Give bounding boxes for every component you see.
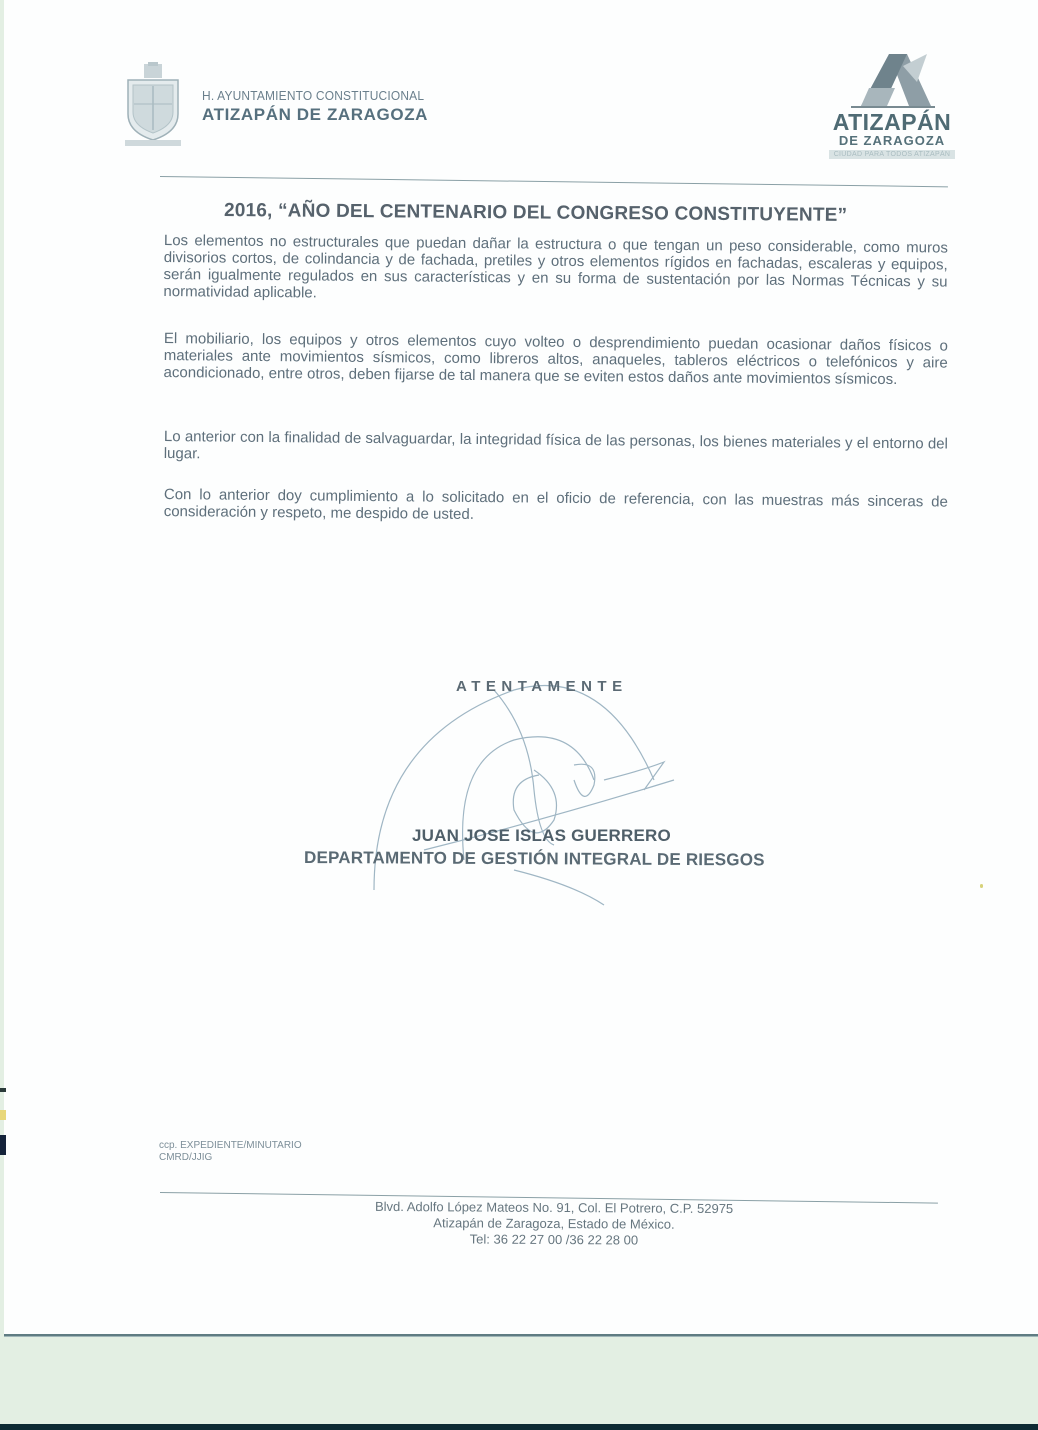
body-paragraph: Lo anterior con la finalidad de salvagua… — [164, 428, 948, 470]
body-paragraph: Los elementos no estructurales que pueda… — [163, 232, 948, 308]
institution-header: H. AYUNTAMIENTO CONSTITUCIONAL ATIZAPÁN … — [202, 88, 443, 125]
body-paragraph: El mobiliario, los equipos y otros eleme… — [164, 330, 948, 389]
scan-edge-mark — [0, 1110, 6, 1120]
closing-salutation: ATENTAMENTE — [456, 678, 628, 695]
scan-bottom-edge — [0, 1424, 1038, 1430]
body-paragraph: Con lo anterior doy cumplimiento a lo so… — [164, 486, 948, 528]
institution-line-1: H. AYUNTAMIENTO CONSTITUCIONAL — [202, 88, 424, 103]
footer-address: Blvd. Adolfo López Mateos No. 91, Col. E… — [304, 1198, 804, 1249]
carbon-copy-note: ccp. EXPEDIENTE/MINUTARIO CMRD/JJIG — [159, 1140, 302, 1164]
address-line-1: Blvd. Adolfo López Mateos No. 91, Col. E… — [304, 1198, 804, 1217]
logo-name-line-1: ATIZAPÁN — [822, 110, 962, 134]
ccp-line-2: CMRD/JJIG — [159, 1152, 302, 1164]
scan-speck — [980, 884, 983, 888]
header-divider — [160, 176, 948, 187]
handwritten-signature — [344, 670, 764, 910]
signer-department: DEPARTAMENTO DE GESTIÓN INTEGRAL DE RIES… — [304, 848, 765, 870]
document-page: H. AYUNTAMIENTO CONSTITUCIONAL ATIZAPÁN … — [4, 0, 1038, 1336]
coat-of-arms-icon — [122, 62, 184, 148]
mountain-logo-icon — [847, 52, 937, 110]
year-motto: 2016, “AÑO DEL CENTENARIO DEL CONGRESO C… — [224, 200, 924, 227]
logo-slogan: CIUDAD PARA TODOS ATIZAPÁN — [829, 150, 955, 159]
signer-name: JUAN JOSE ISLAS GUERRERO — [412, 826, 671, 846]
logo-name-line-2: DE ZARAGOZA — [822, 134, 962, 148]
phone-line: Tel: 36 22 27 00 /36 22 28 00 — [304, 1230, 804, 1249]
scan-edge-mark — [0, 1088, 6, 1092]
ccp-line-1: ccp. EXPEDIENTE/MINUTARIO — [159, 1140, 302, 1152]
municipality-logo: ATIZAPÁN DE ZARAGOZA CIUDAD PARA TODOS A… — [822, 52, 962, 172]
scan-edge-mark — [0, 1135, 6, 1155]
institution-line-2: ATIZAPÁN DE ZARAGOZA — [202, 105, 443, 125]
